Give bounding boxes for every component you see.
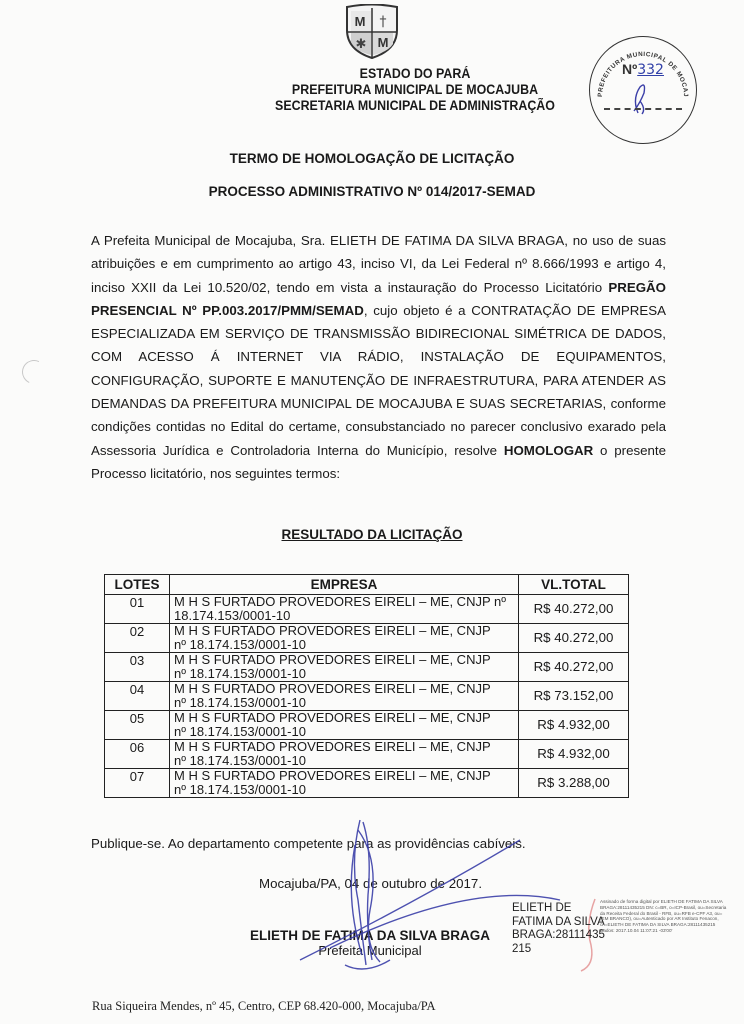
process-number: PROCESSO ADMINISTRATIVO Nº 014/2017-SEMA…: [0, 184, 744, 199]
valor-cell: R$ 73.152,00: [519, 682, 629, 711]
empresa-cell: M H S FURTADO PROVEDORES EIRELI – ME, CN…: [170, 769, 519, 798]
municipal-crest-logo: M † ✱ M: [343, 4, 401, 60]
header-state: ESTADO DO PARÁ: [217, 66, 613, 82]
lote-cell: 05: [105, 711, 170, 740]
table-row: 06M H S FURTADO PROVEDORES EIRELI – ME, …: [105, 740, 629, 769]
svg-text:M: M: [378, 35, 389, 50]
empresa-cell: M H S FURTADO PROVEDORES EIRELI – ME, CN…: [170, 595, 519, 624]
digital-signature-name: ELIETH DE FATIMA DA SILVA BRAGA:28111435…: [512, 902, 605, 956]
lote-cell: 01: [105, 595, 170, 624]
result-table: LOTES EMPRESA VL.TOTAL 01M H S FURTADO P…: [104, 574, 629, 798]
empresa-cell: M H S FURTADO PROVEDORES EIRELI – ME, CN…: [170, 740, 519, 769]
header-prefecture: PREFEITURA MUNICIPAL DE MOCAJUBA: [217, 82, 613, 98]
valor-cell: R$ 40.272,00: [519, 653, 629, 682]
empresa-cell: M H S FURTADO PROVEDORES EIRELI – ME, CN…: [170, 653, 519, 682]
column-header-vl-total: VL.TOTAL: [519, 575, 629, 595]
table-header-row: LOTES EMPRESA VL.TOTAL: [105, 575, 629, 595]
lote-cell: 04: [105, 682, 170, 711]
lote-cell: 07: [105, 769, 170, 798]
valor-cell: R$ 4.932,00: [519, 740, 629, 769]
column-header-lotes: LOTES: [105, 575, 170, 595]
lote-cell: 03: [105, 653, 170, 682]
punch-hole-mark: [19, 357, 50, 388]
homologar-keyword: HOMOLOGAR: [504, 443, 593, 458]
stamp-number: Nº332: [622, 61, 664, 78]
digital-signature-details: Assinado de forma digital por ELIETH DE …: [600, 899, 730, 934]
svg-text:M: M: [355, 14, 366, 29]
table-row: 05M H S FURTADO PROVEDORES EIRELI – ME, …: [105, 711, 629, 740]
table-row: 03M H S FURTADO PROVEDORES EIRELI – ME, …: [105, 653, 629, 682]
lote-cell: 06: [105, 740, 170, 769]
valor-cell: R$ 3.288,00: [519, 769, 629, 798]
column-header-empresa: EMPRESA: [170, 575, 519, 595]
signer-role: Prefeita Municipal: [215, 943, 525, 958]
empresa-cell: M H S FURTADO PROVEDORES EIRELI – ME, CN…: [170, 711, 519, 740]
empresa-cell: M H S FURTADO PROVEDORES EIRELI – ME, CN…: [170, 682, 519, 711]
empresa-cell: M H S FURTADO PROVEDORES EIRELI – ME, CN…: [170, 624, 519, 653]
lote-cell: 02: [105, 624, 170, 653]
document-date: Mocajuba/PA, 04 de outubro de 2017.: [259, 876, 482, 891]
svg-text:✱: ✱: [356, 37, 367, 52]
svg-text:†: †: [380, 14, 387, 30]
homologation-paragraph: A Prefeita Municipal de Mocajuba, Sra. E…: [91, 229, 666, 485]
document-header: ESTADO DO PARÁ PREFEITURA MUNICIPAL DE M…: [200, 66, 630, 114]
publication-note: Publique-se. Ao departamento competente …: [91, 836, 526, 851]
table-row: 02M H S FURTADO PROVEDORES EIRELI – ME, …: [105, 624, 629, 653]
protocol-stamp: PREFEITURA MUNICIPAL DE MOCAJUBA Nº332: [589, 36, 697, 144]
stamp-signature-line: [604, 108, 682, 110]
valor-cell: R$ 40.272,00: [519, 595, 629, 624]
valor-cell: R$ 4.932,00: [519, 711, 629, 740]
signer-name: ELIETH DE FATIMA DA SILVA BRAGA: [215, 928, 525, 943]
valor-cell: R$ 40.272,00: [519, 624, 629, 653]
table-row: 04M H S FURTADO PROVEDORES EIRELI – ME, …: [105, 682, 629, 711]
table-row: 07M H S FURTADO PROVEDORES EIRELI – ME, …: [105, 769, 629, 798]
table-row: 01M H S FURTADO PROVEDORES EIRELI – ME, …: [105, 595, 629, 624]
header-secretariat: SECRETARIA MUNICIPAL DE ADMINISTRAÇÃO: [217, 98, 613, 114]
footer-address: Rua Siqueira Mendes, nº 45, Centro, CEP …: [92, 999, 436, 1014]
signature-block: ELIETH DE FATIMA DA SILVA BRAGA Prefeita…: [215, 928, 525, 958]
document-title: TERMO DE HOMOLOGAÇÃO DE LICITAÇÃO: [0, 151, 744, 166]
result-section-title: RESULTADO DA LICITAÇÃO: [0, 527, 744, 542]
